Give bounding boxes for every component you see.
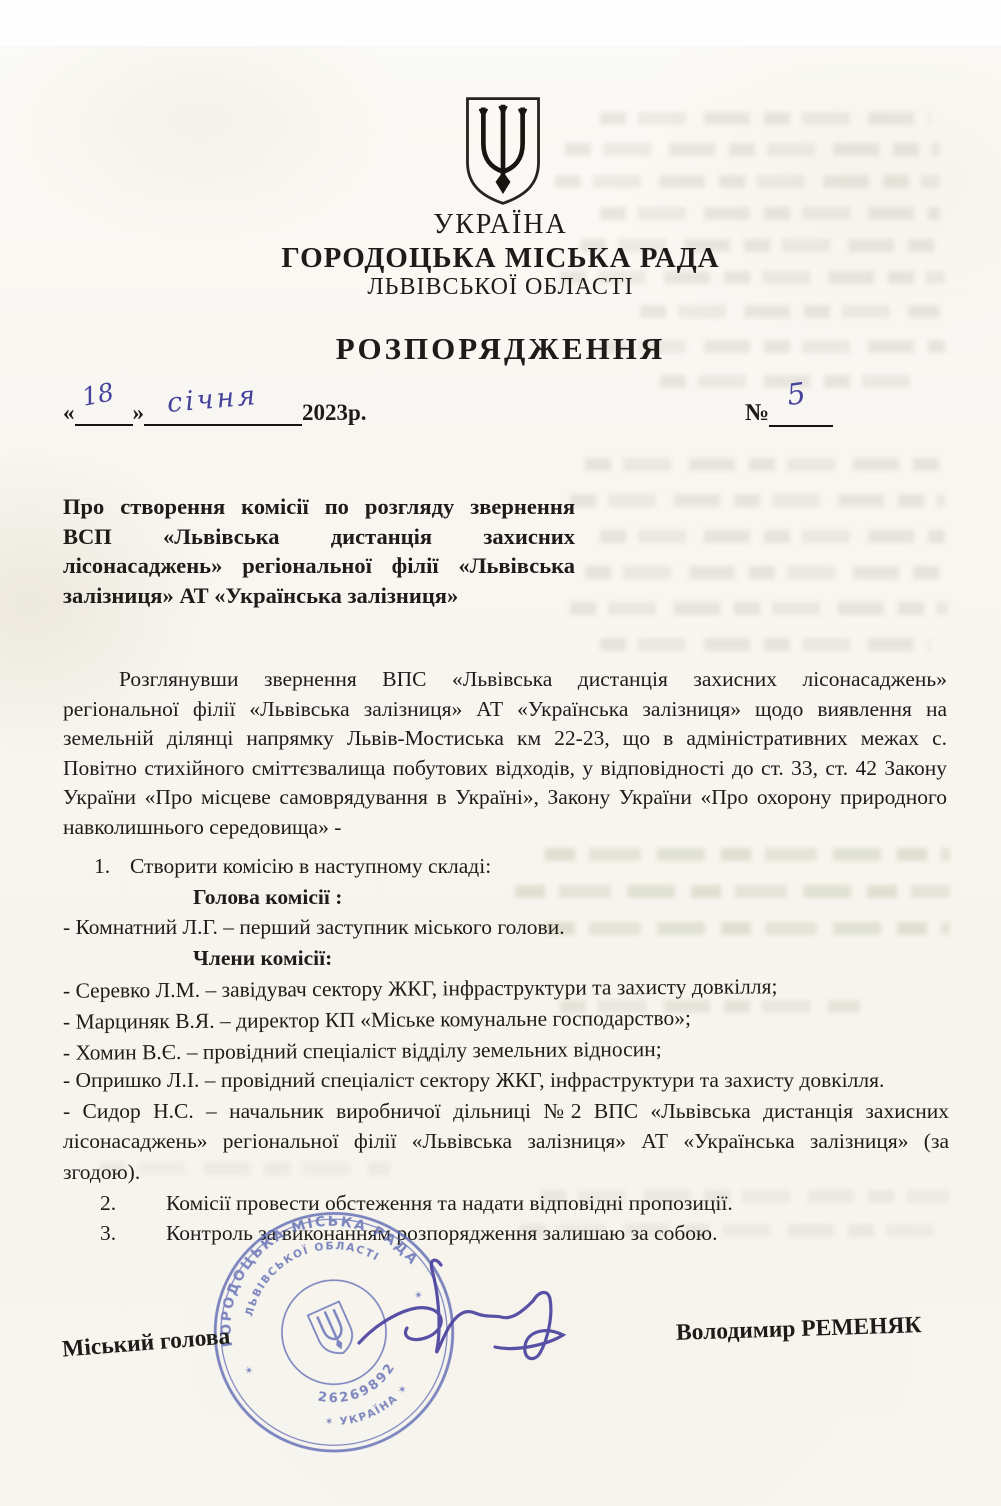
item-3-number: 3. bbox=[100, 1218, 166, 1249]
bleed-through-line bbox=[640, 305, 940, 318]
order-items: 1.Створити комісію в наступному складі: … bbox=[63, 851, 949, 1249]
bleed-through-line bbox=[600, 638, 930, 651]
scanned-decree-document: УКРАЇНА ГОРОДОЦЬКА МІСЬКА РАДА ЛЬВІВСЬКО… bbox=[0, 0, 1001, 1506]
signer-name: Володимир РЕМЕНЯК bbox=[676, 1312, 922, 1347]
commission-members-label: Члени комісії: bbox=[193, 943, 949, 974]
number-label: № bbox=[745, 400, 769, 426]
bleed-through-line bbox=[600, 530, 945, 543]
commission-head-member: - Комнатний Л.Г. – перший заступник місь… bbox=[63, 912, 949, 943]
bleed-through-line bbox=[600, 112, 930, 125]
tryzub-shield-icon bbox=[460, 94, 546, 213]
document-type-title: РОЗПОРЯДЖЕННЯ bbox=[0, 331, 1001, 367]
mayor-signature-autograph bbox=[345, 1243, 595, 1413]
bleed-through-line bbox=[585, 458, 940, 471]
bleed-through-line bbox=[570, 494, 945, 507]
year-label: 2023р. bbox=[302, 400, 367, 425]
preamble-paragraph: Розглянувши звернення ВПС «Львівська дис… bbox=[63, 665, 947, 843]
subject-paragraph: Про створення комісії по розгляду зверне… bbox=[63, 492, 575, 610]
bleed-through-line bbox=[570, 602, 948, 615]
bleed-through-line bbox=[565, 143, 940, 156]
open-quote: « bbox=[63, 400, 75, 425]
item-2-number: 2. bbox=[100, 1188, 166, 1219]
bleed-through-line bbox=[585, 566, 950, 579]
member-line: - Марциняк В.Я. – директор КП «Міське ко… bbox=[63, 1001, 949, 1037]
member-line: - Хомин В.Є. – провідний спеціаліст відд… bbox=[63, 1032, 949, 1068]
item-1-number: 1. bbox=[94, 851, 130, 882]
item-2-text: Комісії провести обстеження та надати ві… bbox=[166, 1191, 733, 1215]
item-1-text: Створити комісію в наступному складі: bbox=[130, 854, 491, 878]
council-name: ГОРОДОЦЬКА МІСЬКА РАДА bbox=[0, 242, 1001, 275]
country-name: УКРАЇНА bbox=[0, 209, 1001, 241]
region-name: ЛЬВІВСЬКОЇ ОБЛАСТІ bbox=[0, 274, 1001, 301]
item-1: 1.Створити комісію в наступному складі: bbox=[63, 851, 949, 882]
close-quote: » bbox=[133, 400, 145, 425]
member-line: - Опришко Л.І. – провідний спеціаліст се… bbox=[63, 1065, 949, 1096]
handwritten-day: 18 bbox=[80, 377, 117, 412]
signer-position: Міський голова bbox=[61, 1323, 231, 1363]
bleed-through-line bbox=[555, 175, 940, 188]
commission-head-label: Голова комісії : bbox=[193, 882, 949, 913]
item-2: 2.Комісії провести обстеження та надати … bbox=[63, 1188, 949, 1219]
member-line: - Сидор Н.С. – начальник виробничої діль… bbox=[63, 1096, 949, 1188]
stamp-star-left: ✶ bbox=[243, 1364, 256, 1379]
scan-edge-band bbox=[0, 0, 1001, 47]
